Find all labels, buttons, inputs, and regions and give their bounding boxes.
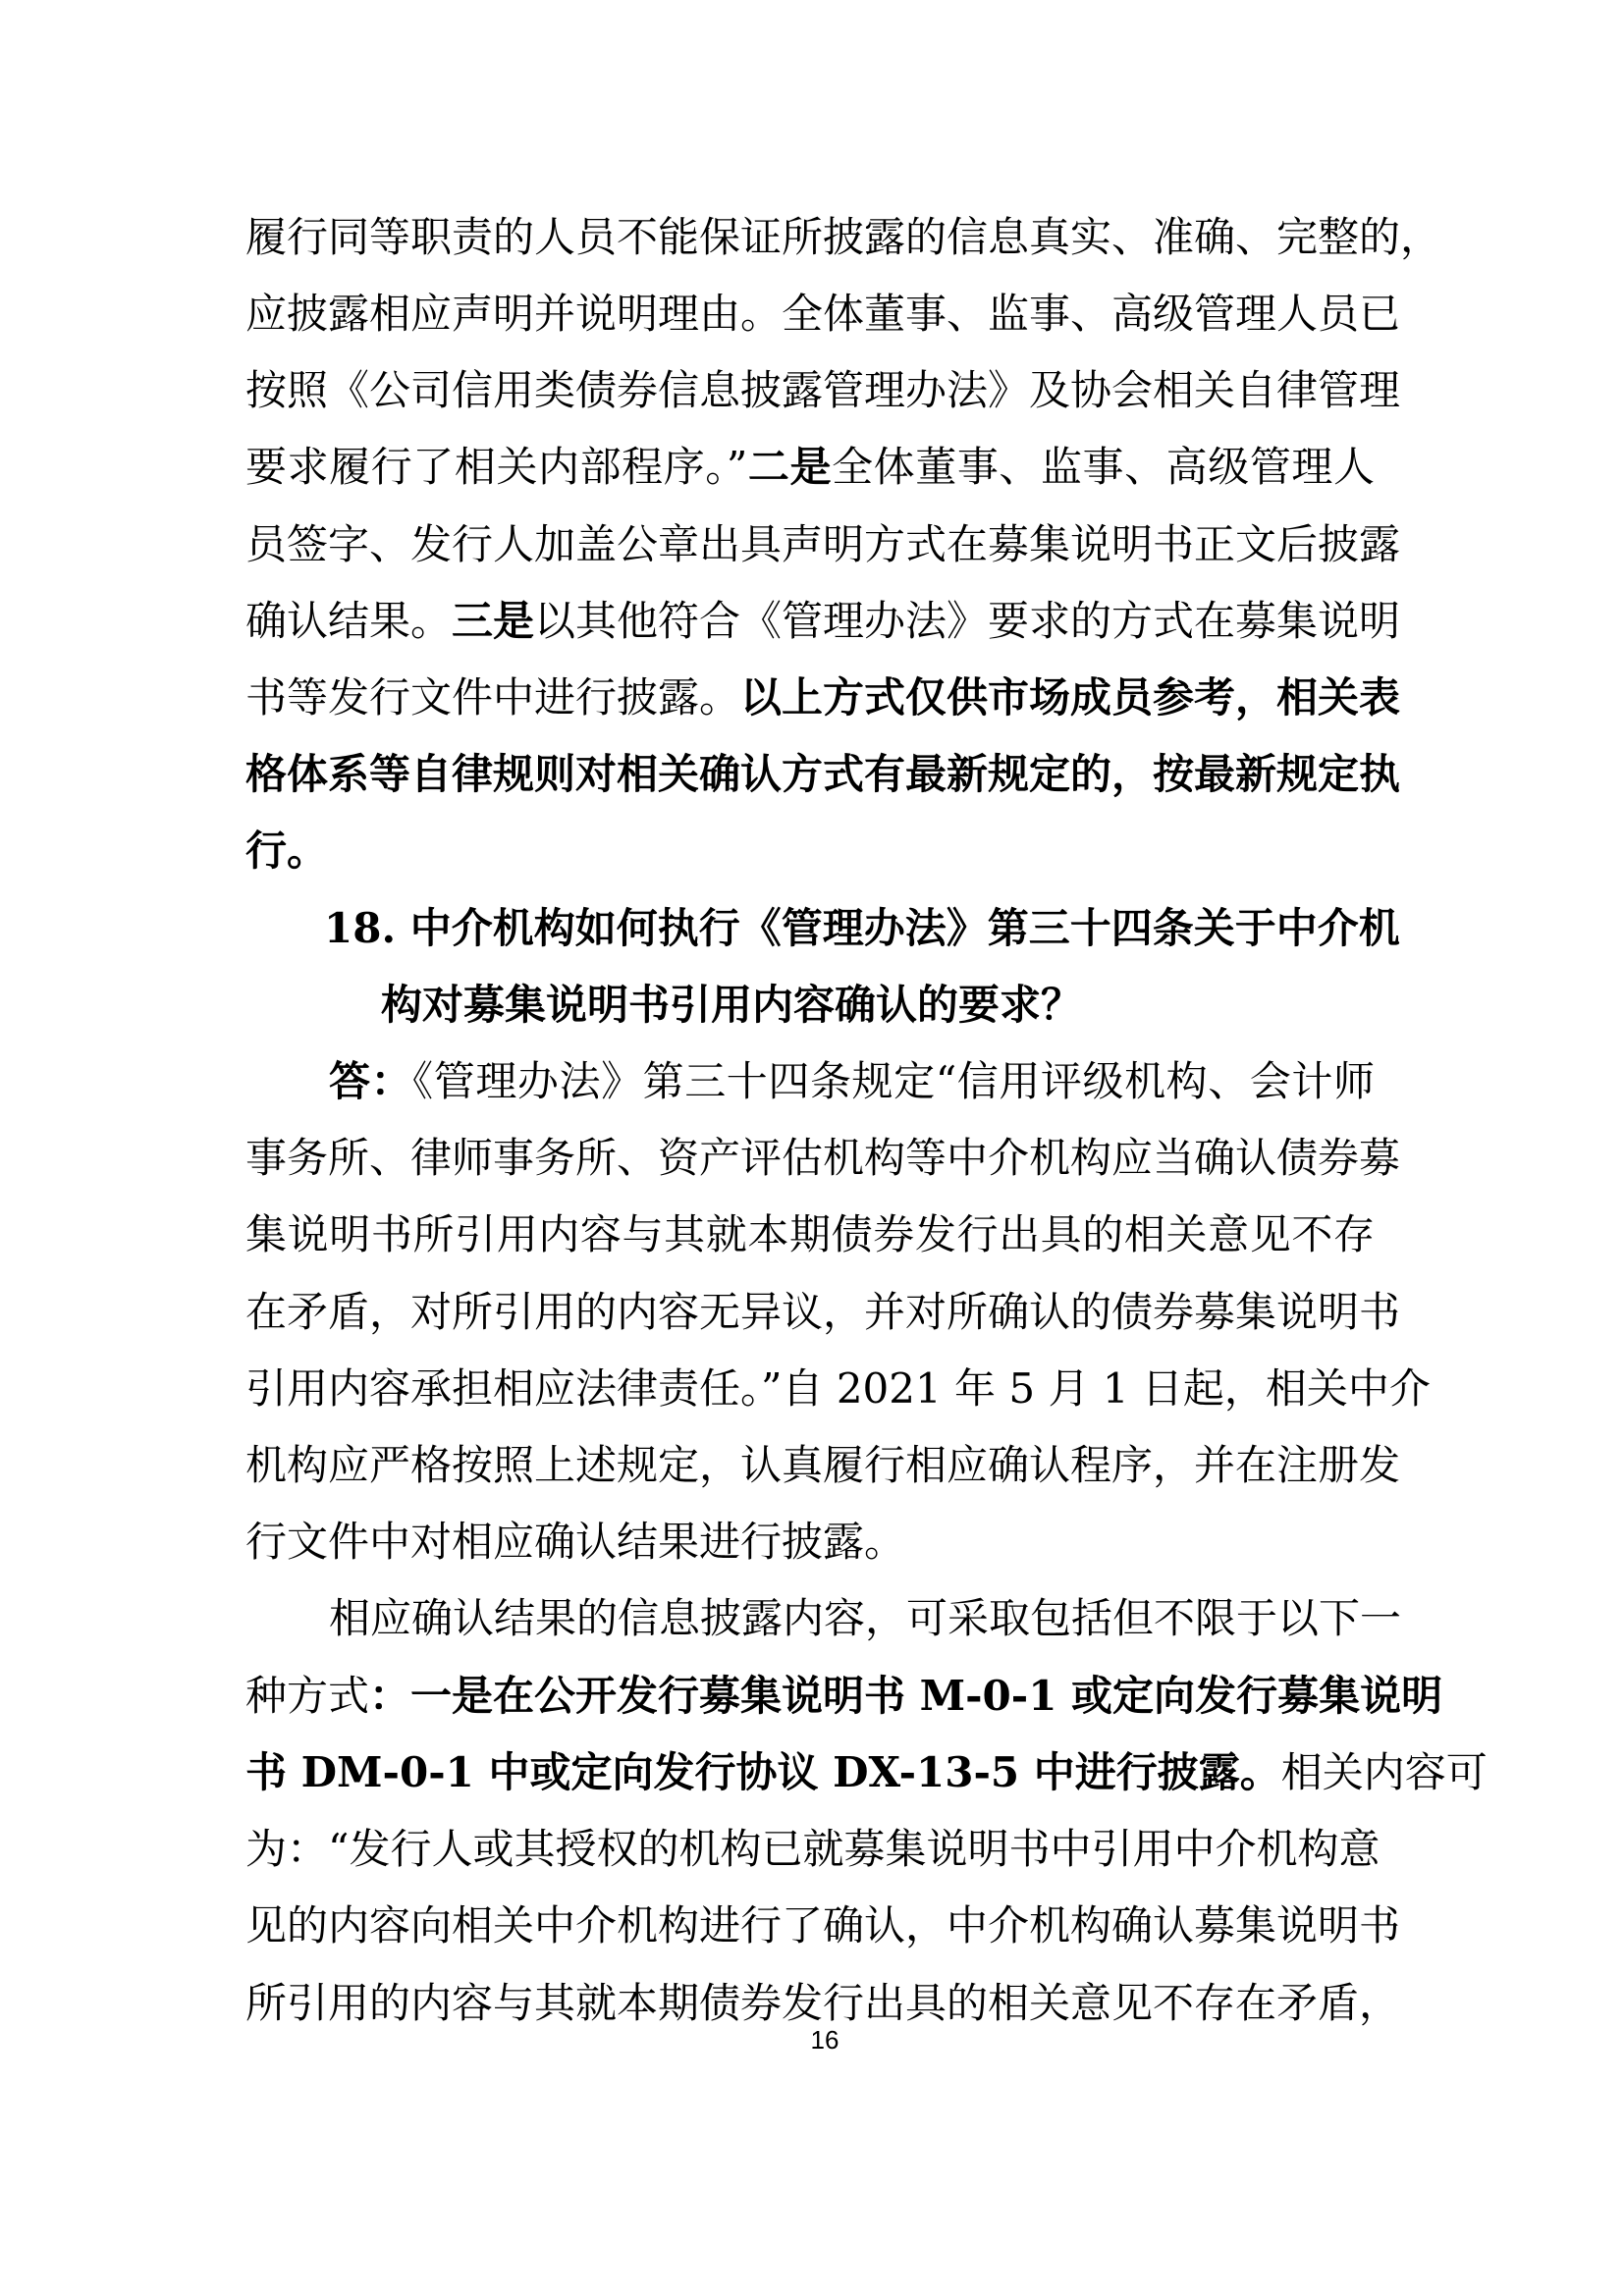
text-run: 机构应严格按照上述规定，认真履行相应确认程序，并在注册发 (245, 1441, 1400, 1489)
paragraph-line: 要求履行了相关内部程序。”二是全体董事、监事、高级管理人 (245, 440, 1375, 495)
paragraph-line: 按照《公司信用类债券信息披露管理办法》及协会相关自律管理 (245, 363, 1375, 418)
text-run: 应披露相应声明并说明理由。全体董事、监事、高级管理人员已 (245, 290, 1400, 338)
emphasis-run: 书 DM-0-1 中或定向发行协议 DX-13-5 中进行披露。 (245, 1748, 1281, 1796)
page-number: 16 (785, 2024, 864, 2056)
text-run: 集说明书所引用内容与其就本期债券发行出具的相关意见不存 (245, 1210, 1375, 1258)
emphasis-run: 行。 (245, 827, 328, 875)
text-run: 按照《公司信用类债券信息披露管理办法》及协会相关自律管理 (245, 366, 1400, 414)
emphasis-run: 以上方式仅供市场成员参考，相关表 (740, 673, 1400, 721)
text-run: 见的内容向相关中介机构进行了确认，中介机构确认募集说明书 (245, 1901, 1400, 1949)
paragraph-line: 书 DM-0-1 中或定向发行协议 DX-13-5 中进行披露。相关内容可 (245, 1745, 1375, 1800)
emphasis-run: 格体系等自律规则对相关确认方式有最新规定的，按最新规定执 (245, 750, 1400, 798)
paragraph-line: 履行同等职责的人员不能保证所披露的信息真实、准确、完整的， (245, 210, 1375, 265)
emphasis-run: 二是 (747, 443, 832, 491)
paragraph-line: 确认结果。三是以其他符合《管理办法》要求的方式在募集说明 (245, 594, 1375, 649)
document-page: 履行同等职责的人员不能保证所披露的信息真实、准确、完整的， 应披露相应声明并说明… (0, 0, 1624, 2296)
answer-line: 答：《管理办法》第三十四条规定“信用评级机构、会计师 (329, 1054, 1375, 1109)
text-run: 在矛盾，对所引用的内容无异议，并对所确认的债券募集说明书 (245, 1288, 1400, 1336)
paragraph-line: 格体系等自律规则对相关确认方式有最新规定的，按最新规定执 (245, 747, 1375, 802)
text-run: 事务所、律师事务所、资产评估机构等中介机构应当确认债券募 (245, 1134, 1400, 1182)
paragraph-line: 相应确认结果的信息披露内容，可采取包括但不限于以下一 (329, 1591, 1375, 1646)
paragraph-line: 书等发行文件中进行披露。以上方式仅供市场成员参考，相关表 (245, 670, 1375, 725)
answer-line: 事务所、律师事务所、资产评估机构等中介机构应当确认债券募 (245, 1131, 1375, 1186)
text-run: 《管理办法》第三十四条规定“信用评级机构、会计师 (412, 1057, 1375, 1105)
text-run: 相应确认结果的信息披露内容，可采取包括但不限于以下一 (329, 1594, 1401, 1642)
question-heading-text: 18. 中介机构如何执行《管理办法》第三十四条关于中介机 (324, 904, 1400, 952)
answer-label: 答： (329, 1057, 412, 1105)
text-run: 全体董事、监事、高级管理人 (832, 443, 1375, 491)
answer-line: 机构应严格按照上述规定，认真履行相应确认程序，并在注册发 (245, 1438, 1375, 1493)
text-run: 种方式 (245, 1672, 369, 1720)
paragraph-line: 为：“发行人或其授权的机构已就募集说明书中引用中介机构意 (245, 1822, 1375, 1877)
answer-line: 引用内容承担相应法律责任。”自 2021 年 5 月 1 日起，相关中介 (245, 1362, 1375, 1416)
text-run: 以其他符合《管理办法》要求的方式在募集说明 (534, 597, 1400, 645)
paragraph-line: 应披露相应声明并说明理由。全体董事、监事、高级管理人员已 (245, 287, 1375, 342)
question-heading-line: 18. 中介机构如何执行《管理办法》第三十四条关于中介机 (324, 901, 1375, 956)
text-run: 所引用的内容与其就本期债券发行出具的相关意见不存在矛盾， (245, 1979, 1400, 2027)
answer-line: 在矛盾，对所引用的内容无异议，并对所确认的债券募集说明书 (245, 1285, 1375, 1340)
answer-line: 集说明书所引用内容与其就本期债券发行出具的相关意见不存 (245, 1207, 1375, 1262)
text-run: 履行同等职责的人员不能保证所披露的信息真实、准确、完整的， (245, 213, 1441, 261)
paragraph-line: 行。 (245, 824, 1375, 879)
emphasis-run: 三是 (452, 597, 534, 645)
paragraph-line: 所引用的内容与其就本期债券发行出具的相关意见不存在矛盾， (245, 1976, 1375, 2031)
text-run: 要求履行了相关内部程序。” (245, 443, 747, 491)
emphasis-run: ：一是在公开发行募集说明书 M-0-1 或定向发行募集说明 (369, 1672, 1442, 1720)
text-run: 相关内容可 (1281, 1748, 1488, 1796)
text-run: 引用内容承担相应法律责任。”自 2021 年 5 月 1 日起，相关中介 (245, 1364, 1431, 1413)
text-run: 确认结果。 (245, 597, 452, 645)
text-run: 书等发行文件中进行披露。 (245, 673, 740, 721)
paragraph-line: 员签字、发行人加盖公章出具声明方式在募集说明书正文后披露 (245, 517, 1375, 572)
answer-line: 行文件中对相应确认结果进行披露。 (245, 1515, 1375, 1570)
text-run: 为：“发行人或其授权的机构已就募集说明书中引用中介机构意 (245, 1825, 1380, 1873)
paragraph-line: 见的内容向相关中介机构进行了确认，中介机构确认募集说明书 (245, 1898, 1375, 1953)
question-heading-text: 构对募集说明书引用内容确认的要求？ (381, 981, 1082, 1029)
question-heading-line: 构对募集说明书引用内容确认的要求？ (381, 978, 1375, 1033)
text-run: 员签字、发行人加盖公章出具声明方式在募集说明书正文后披露 (245, 520, 1400, 568)
paragraph-line: 种方式：一是在公开发行募集说明书 M-0-1 或定向发行募集说明 (245, 1669, 1375, 1724)
text-run: 行文件中对相应确认结果进行披露。 (245, 1518, 905, 1566)
